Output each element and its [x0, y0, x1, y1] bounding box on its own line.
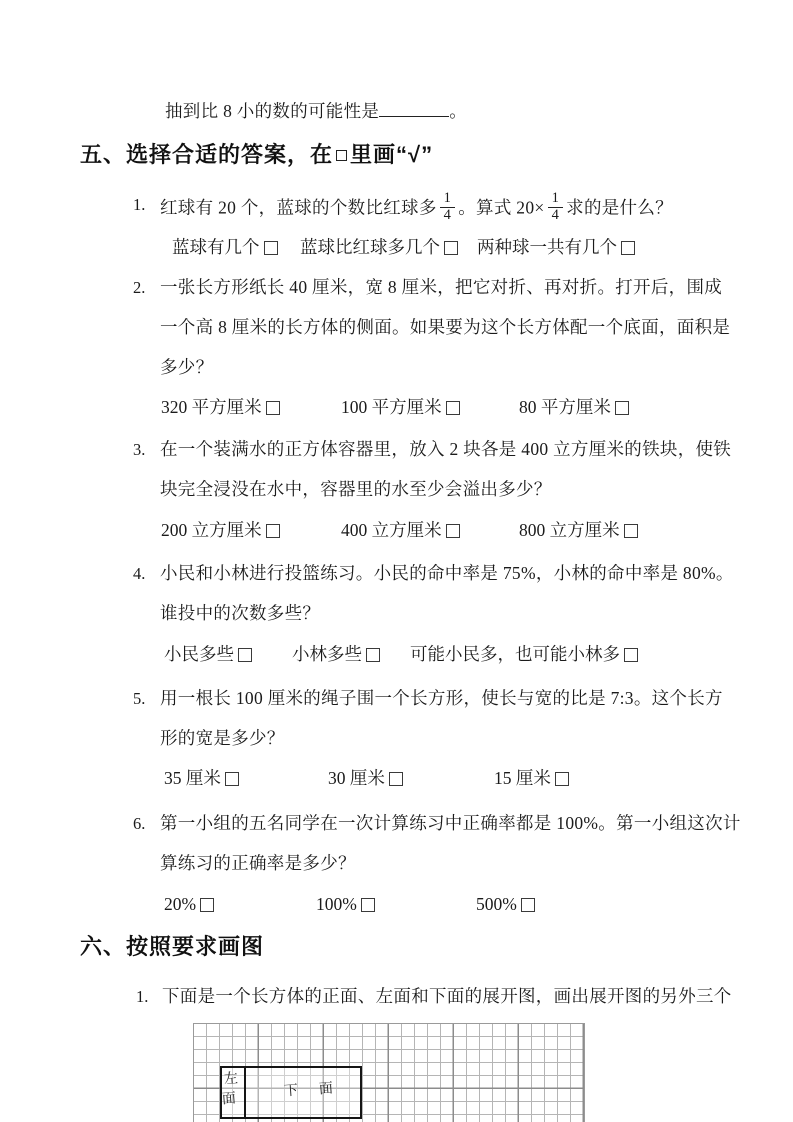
- fraction-one-fourth: 14: [548, 191, 564, 224]
- q1-option-3: 两种球一共有几个: [477, 236, 635, 258]
- option-label: 小民多些: [164, 644, 234, 664]
- checkbox-icon: [225, 772, 239, 786]
- checkbox-icon: [366, 648, 380, 662]
- checkbox-icon: [266, 524, 280, 538]
- q1-option-2: 蓝球比红球多几个: [300, 236, 458, 258]
- q2-line1: 一张长方形纸长 40 厘米，宽 8 厘米，把它对折、再对折。打开后，围成: [160, 276, 722, 298]
- q5-line2: 形的宽是多少？: [160, 727, 285, 749]
- q3-option-2: 400 立方厘米: [341, 519, 460, 541]
- fraction-denominator: 4: [440, 207, 456, 224]
- bottom-face-rectangle: [244, 1066, 362, 1119]
- left-face-label-char1: 左: [224, 1072, 239, 1087]
- checkbox-icon: [555, 772, 569, 786]
- q3-number: 3.: [133, 439, 145, 461]
- section5-title-pre: 五、选择合适的答案，在: [80, 142, 333, 167]
- option-label: 20%: [164, 894, 196, 914]
- q3-option-1: 200 立方厘米: [161, 519, 280, 541]
- checkbox-icon: [446, 524, 460, 538]
- option-label: 320 平方厘米: [161, 397, 262, 417]
- checkbox-icon: [200, 898, 214, 912]
- q6-option-2: 100%: [316, 893, 375, 915]
- q2-line2: 一个高 8 厘米的长方体的侧面。如果要为这个长方体配一个底面，面积是: [160, 316, 730, 338]
- worksheet-page: 抽到比 8 小的数的可能性是。 五、选择合适的答案，在里画“√” 1. 红球有 …: [0, 0, 793, 1122]
- q6-option-3: 500%: [476, 893, 535, 915]
- section5-title-post: 里画“√”: [350, 142, 433, 167]
- q1-text-post: 求的是什么？: [566, 197, 673, 217]
- bottom-face-label-char2: 面: [319, 1082, 334, 1097]
- fill-in-blank: [379, 101, 449, 117]
- q2-option-1: 320 平方厘米: [161, 396, 280, 418]
- option-label: 蓝球有几个: [172, 237, 260, 257]
- q3-line2: 块完全浸没在水中，容器里的水至少会溢出多少？: [160, 478, 552, 500]
- checkbox-icon: [615, 401, 629, 415]
- checkbox-icon: [621, 241, 635, 255]
- option-label: 80 平方厘米: [519, 397, 611, 417]
- option-label: 蓝球比红球多几个: [300, 237, 440, 257]
- s6-q1-number: 1.: [136, 986, 148, 1008]
- q5-option-3: 15 厘米: [494, 767, 569, 789]
- checkbox-icon: [624, 524, 638, 538]
- q6-line1: 第一小组的五名同学在一次计算练习中正确率都是 100%。第一小组这次计: [160, 812, 741, 834]
- q2-option-3: 80 平方厘米: [519, 396, 629, 418]
- intro-text: 抽到比 8 小的数的可能性是: [165, 101, 379, 121]
- section6-header: 六、按照要求画图: [80, 934, 264, 960]
- option-label: 100 平方厘米: [341, 397, 442, 417]
- header-checkbox-icon: [336, 150, 347, 161]
- checkbox-icon: [521, 898, 535, 912]
- q4-option-2: 小林多些: [292, 643, 380, 665]
- option-label: 400 立方厘米: [341, 520, 442, 540]
- fraction-denominator: 4: [548, 207, 564, 224]
- bottom-face-label-char1: 下: [284, 1084, 299, 1099]
- q6-number: 6.: [133, 813, 145, 835]
- option-label: 800 立方厘米: [519, 520, 620, 540]
- option-label: 35 厘米: [164, 768, 221, 788]
- fraction-numerator: 1: [440, 191, 456, 207]
- q3-option-3: 800 立方厘米: [519, 519, 638, 541]
- checkbox-icon: [389, 772, 403, 786]
- option-label: 15 厘米: [494, 768, 551, 788]
- q1-number: 1.: [133, 194, 145, 216]
- q1-line1: 红球有 20 个，蓝球的个数比红球多14。算式 20×14求的是什么？: [160, 191, 673, 228]
- q1-text-pre: 红球有 20 个，蓝球的个数比红球多: [160, 197, 437, 217]
- checkbox-icon: [624, 648, 638, 662]
- option-label: 小林多些: [292, 644, 362, 664]
- q6-line2: 算练习的正确率是多少？: [160, 852, 356, 874]
- option-label: 200 立方厘米: [161, 520, 262, 540]
- q4-line2: 谁投中的次数多些？: [160, 602, 320, 624]
- checkbox-icon: [444, 241, 458, 255]
- q5-option-2: 30 厘米: [328, 767, 403, 789]
- option-label: 两种球一共有几个: [477, 237, 617, 257]
- option-label: 100%: [316, 894, 357, 914]
- q4-option-1: 小民多些: [164, 643, 252, 665]
- q4-line1: 小民和小林进行投篮练习。小民的命中率是 75%，小林的命中率是 80%。: [160, 562, 734, 584]
- option-label: 可能小民多，也可能小林多: [410, 644, 620, 664]
- s6-q1-text: 下面是一个长方体的正面、左面和下面的展开图，画出展开图的另外三个: [162, 985, 732, 1007]
- q4-number: 4.: [133, 563, 145, 585]
- q4-option-3: 可能小民多，也可能小林多: [410, 643, 638, 665]
- q1-option-1: 蓝球有几个: [172, 236, 278, 258]
- intro-suffix: 。: [449, 101, 467, 121]
- q5-line1: 用一根长 100 厘米的绳子围一个长方形，使长与宽的比是 7:3。这个长方: [160, 687, 723, 709]
- q6-option-1: 20%: [164, 893, 214, 915]
- checkbox-icon: [446, 401, 460, 415]
- q2-number: 2.: [133, 277, 145, 299]
- left-face-label-char2: 面: [222, 1092, 237, 1107]
- intro-line: 抽到比 8 小的数的可能性是。: [165, 100, 467, 122]
- checkbox-icon: [264, 241, 278, 255]
- checkbox-icon: [266, 401, 280, 415]
- option-label: 500%: [476, 894, 517, 914]
- section5-header: 五、选择合适的答案，在里画“√”: [80, 142, 433, 168]
- fraction-one-fourth: 14: [440, 191, 456, 224]
- checkbox-icon: [238, 648, 252, 662]
- q1-text-mid: 。算式 20×: [458, 197, 544, 217]
- q5-option-1: 35 厘米: [164, 767, 239, 789]
- checkbox-icon: [361, 898, 375, 912]
- graph-paper-grid: 左 面 下 面: [193, 1023, 585, 1122]
- q2-option-2: 100 平方厘米: [341, 396, 460, 418]
- fraction-numerator: 1: [548, 191, 564, 207]
- q2-line3: 多少？: [160, 356, 213, 378]
- option-label: 30 厘米: [328, 768, 385, 788]
- q3-line1: 在一个装满水的正方体容器里，放入 2 块各是 400 立方厘米的铁块，使铁: [160, 438, 731, 460]
- q5-number: 5.: [133, 688, 145, 710]
